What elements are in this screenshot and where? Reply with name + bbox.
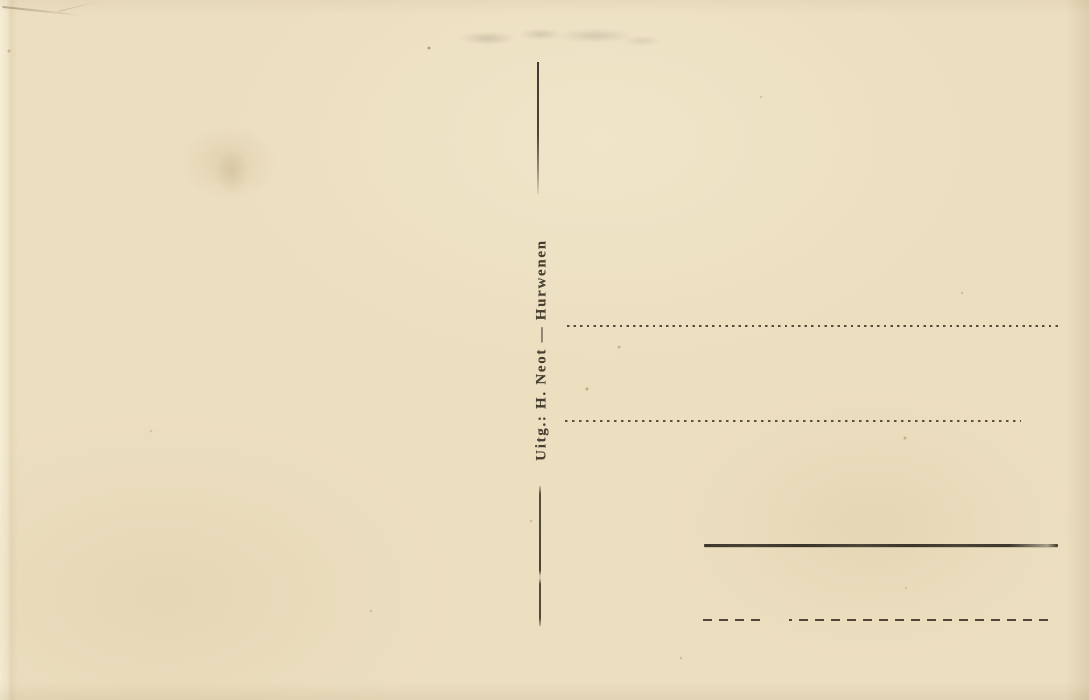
postcard-back: Uitg.: H. Neot — Hurwenen xyxy=(0,0,1089,700)
ink-smudge xyxy=(430,24,660,50)
corner-crease xyxy=(58,1,97,12)
divider-line-top xyxy=(537,62,539,194)
address-line-3 xyxy=(704,544,1058,547)
address-line-4 xyxy=(703,619,1051,621)
address-line-2 xyxy=(565,420,1021,422)
address-line-1 xyxy=(567,325,1058,327)
divider-line-bottom xyxy=(539,486,541,626)
publisher-imprint: Uitg.: H. Neot — Hurwenen xyxy=(534,239,551,461)
foxing-specks xyxy=(0,0,2,2)
